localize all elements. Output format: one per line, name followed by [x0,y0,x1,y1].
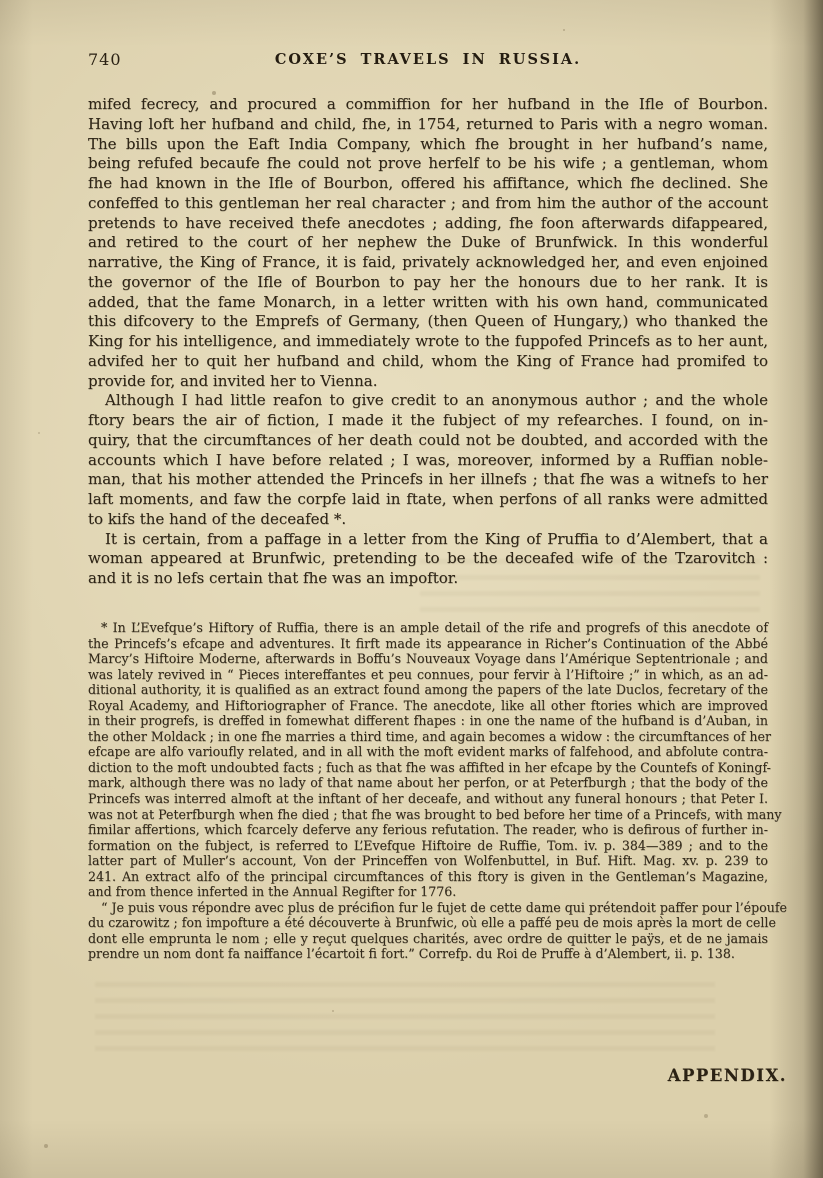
text-line: was lately revived in “ Pieces intereffa… [88,667,768,683]
text-line: the governor of the Ifle of Bourbon to p… [88,273,768,293]
text-line: narrative, the King of France, it is fai… [88,253,768,273]
text-line: this difcovery to the Emprefs of Germany… [88,312,768,332]
footnote: * In L’Evefque’s Hiftory of Ruffia, ther… [88,620,768,962]
text-line: * In L’Evefque’s Hiftory of Ruffia, ther… [88,620,768,636]
catchword: APPENDIX. [668,1066,787,1085]
text-line: 241. An extract alfo of the principal ci… [88,869,768,885]
text-line: It is certain, from a paffage in a lette… [88,530,768,550]
page: 740 COXE’S TRAVELS IN RUSSIA. mifed fecr… [0,0,823,1178]
bleedthrough-texture [95,975,715,1055]
text-line: being refufed becaufe fhe could not prov… [88,154,768,174]
text-line: and retired to the court of her nephew t… [88,233,768,253]
text-line: “ Je puis vous répondre avec plus de pré… [88,900,768,916]
text-line: Having loft her hufband and child, fhe, … [88,115,768,135]
text-line: Marcy’s Hiftoire Moderne, afterwards in … [88,651,768,667]
text-line: provide for, and invited her to Vienna. [88,372,768,392]
text-line: mifed fecrecy, and procured a commiffion… [88,95,768,115]
text-line: dont elle emprunta le nom ; elle y reçut… [88,931,768,947]
text-line: to kifs the hand of the deceafed *. [88,510,768,530]
text-line: man, that his mother attended the Prince… [88,470,768,490]
text-line: du czarowitz ; fon impofture a été décou… [88,915,768,931]
text-line: The bills upon the Eaft India Company, w… [88,135,768,155]
text-line: woman appeared at Brunfwic, pretending t… [88,549,768,569]
text-line: quiry, that the circumftances of her dea… [88,431,768,451]
text-line: and it is no lefs certain that fhe was a… [88,569,768,589]
text-line: the other Moldack ; in one fhe marries a… [88,729,768,745]
text-line: efcape are alfo varioufly related, and i… [88,744,768,760]
text-line: Princefs was interred almoft at the inft… [88,791,768,807]
paper-speckles [0,0,2,2]
text-line: the Princefs’s efcape and adventures. It… [88,636,768,652]
text-line: King for his intelligence, and immediate… [88,332,768,352]
text-line: formation on the fubject, is referred to… [88,838,768,854]
text-line: diction to the moft undoubted facts ; fu… [88,760,768,776]
text-line: ditional authority, it is qualified as a… [88,682,768,698]
text-line: mark, although there was no lady of that… [88,775,768,791]
text-line: Royal Academy, and Hiftoriographer of Fr… [88,698,768,714]
text-line: fimilar affertions, which fcarcely defer… [88,822,768,838]
text-line: added, that the fame Monarch, in a lette… [88,293,768,313]
text-line: laft moments, and faw the corpfe laid in… [88,490,768,510]
running-title: COXE’S TRAVELS IN RUSSIA. [88,51,768,68]
text-line: was not at Peterfburgh when fhe died ; t… [88,807,768,823]
text-line: confeffed to this gentleman her real cha… [88,194,768,214]
text-line: accounts which I have before related ; I… [88,451,768,471]
text-line: ftory bears the air of fiction, I made i… [88,411,768,431]
text-line: fhe had known in the Ifle of Bourbon, of… [88,174,768,194]
text-line: latter part of Muller’s account, Von der… [88,853,768,869]
text-line: prendre un nom dont fa naiffance l’écart… [88,946,768,962]
text-line: pretends to have received thefe anecdote… [88,214,768,234]
text-line: advifed her to quit her hufband and chil… [88,352,768,372]
text-line: Although I had little reafon to give cre… [88,391,768,411]
body-text: mifed fecrecy, and procured a commiffion… [88,95,768,589]
text-line: and from thence inferted in the Annual R… [88,884,768,900]
text-line: in their progrefs, is dreffed in fomewha… [88,713,768,729]
